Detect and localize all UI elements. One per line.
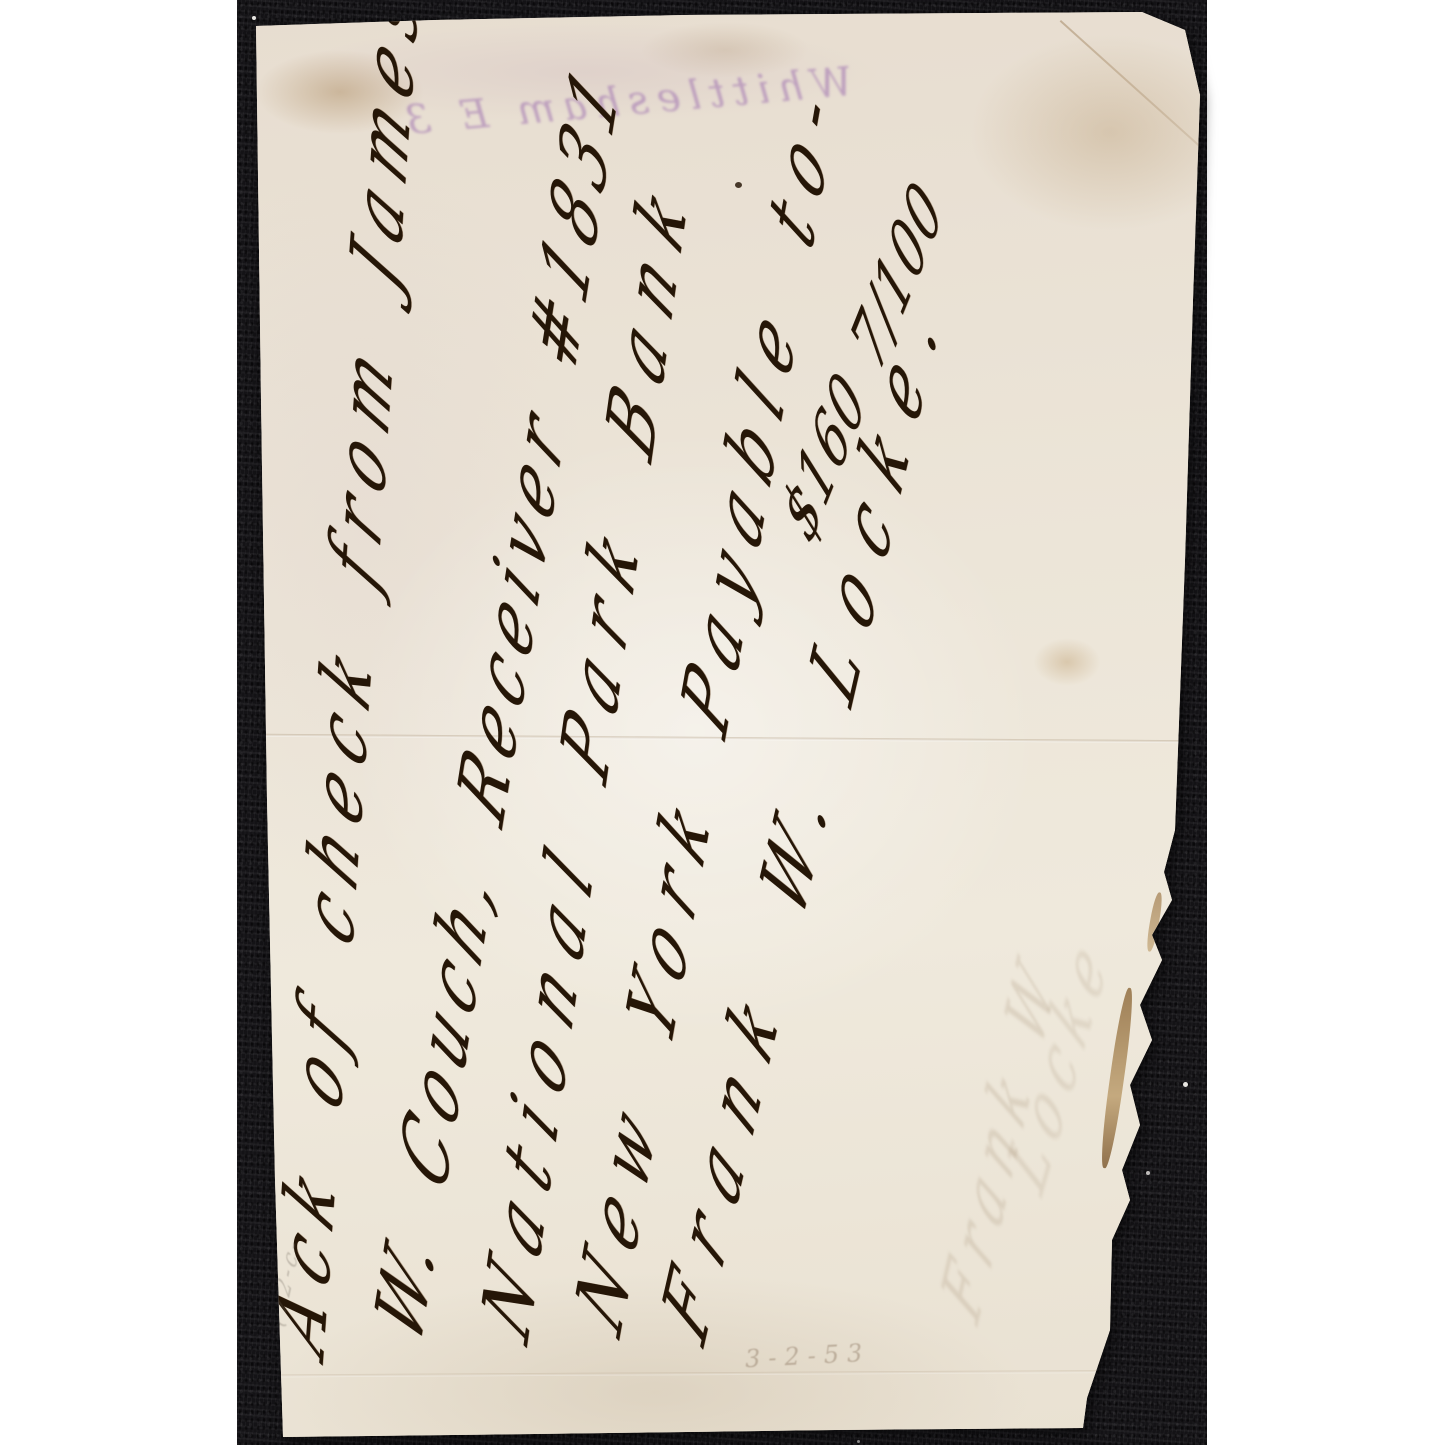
horizontal-fold-crease — [255, 1370, 1201, 1378]
product-photo: Whittlesham E 3 Ack of check from James … — [0, 0, 1445, 1445]
handwritten-receipt-paper: Whittlesham E 3 Ack of check from James … — [255, 12, 1201, 1437]
dust-speck — [857, 1440, 860, 1443]
faint-pencil-note: 3-2-53 — [744, 1339, 871, 1374]
torn-edge-deckle — [1145, 892, 1164, 953]
ink-blot — [735, 182, 742, 188]
corner-fold-crease — [1060, 20, 1221, 165]
paper-wrap: Whittlesham E 3 Ack of check from James … — [255, 12, 1201, 1437]
black-fabric-background: Whittlesham E 3 Ack of check from James … — [237, 0, 1207, 1445]
